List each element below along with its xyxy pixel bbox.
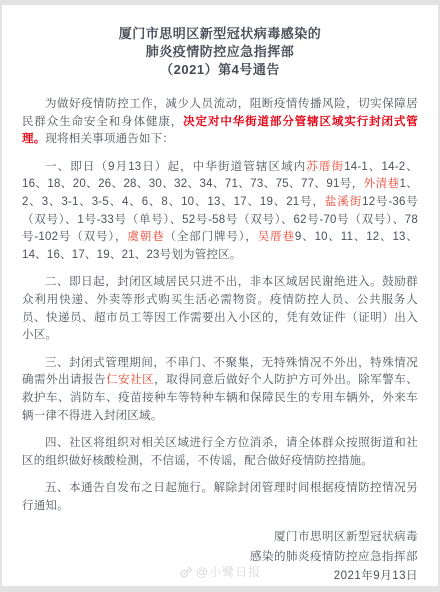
notice-paragraph: 为做好疫情防控工作，减少人员流动，阻断疫情传播风险，切实保障居民群众生命安全和身… bbox=[22, 96, 418, 149]
notice-document: 厦门市思明区新型冠状病毒感染的 肺炎疫情防控应急指挥部 （2021）第4号通告 … bbox=[2, 5, 438, 586]
paragraph-text: 一、即日（9月13日）起，中华街道管辖区域内 bbox=[45, 161, 306, 173]
weibo-icon bbox=[179, 565, 193, 579]
notice-paragraphs: 为做好疫情防控工作，减少人员流动，阻断疫情传播风险，切实保障居民群众生命安全和身… bbox=[22, 96, 418, 515]
notice-paragraph: 二、即日起，封闭区域居民只进不出，非本区域居民谢绝进入。鼓励群众利用快递、外卖等… bbox=[22, 274, 418, 344]
notice-paragraph: 四、社区将组织对相关区域进行全方位消杀，请全体群众按照街道和社区的组织做好核酸检… bbox=[22, 435, 418, 470]
highlight-street-name: 苏厝街 bbox=[306, 161, 344, 173]
watermark-text: @小鹭日报 bbox=[196, 565, 261, 579]
paragraph-text: 五、本通告自发布之日起施行。解除封闭管理时间根据疫情防控情况另行通知。 bbox=[22, 482, 418, 512]
highlight-street-name: 吴厝巷 bbox=[258, 231, 295, 243]
watermark: @小鹭日报 bbox=[2, 565, 438, 579]
notice-page: 厦门市思明区新型冠状病毒感染的 肺炎疫情防控应急指挥部 （2021）第4号通告 … bbox=[0, 0, 440, 592]
signature-line-1: 厦门市思明区新型冠状病毒 bbox=[22, 528, 418, 548]
doc-title-line-2: 肺炎疫情防控应急指挥部 bbox=[22, 43, 418, 61]
paragraph-text: 四、社区将组织对相关区域进行全方位消杀，请全体群众按照街道和社区的组织做好核酸检… bbox=[22, 437, 418, 467]
doc-title: 厦门市思明区新型冠状病毒感染的 肺炎疫情防控应急指挥部 （2021）第4号通告 bbox=[22, 25, 418, 79]
highlight-street-name: 虞朝巷 bbox=[127, 231, 164, 243]
paragraph-text: 二、即日起，封闭区域居民只进不出，非本区域居民谢绝进入。鼓励群众利用快递、外卖等… bbox=[22, 276, 418, 341]
doc-title-line-3: （2021）第4号通告 bbox=[22, 61, 418, 79]
highlight-street-name: 仁安社区 bbox=[106, 374, 154, 386]
highlight-street-name: 盐溪街 bbox=[325, 196, 362, 208]
paragraph-text: 现将相关事项通告如下： bbox=[45, 133, 174, 145]
notice-paragraph: 三、封闭式管理期间，不串门、不聚集，无特殊情况不外出，特殊情况确需外出请报告仁安… bbox=[22, 355, 418, 425]
notice-paragraph: 五、本通告自发布之日起施行。解除封闭管理时间根据疫情防控情况另行通知。 bbox=[22, 480, 418, 515]
paragraph-text: （全部门牌号）， bbox=[165, 231, 258, 243]
doc-title-line-1: 厦门市思明区新型冠状病毒感染的 bbox=[22, 25, 418, 43]
notice-paragraph: 一、即日（9月13日）起，中华街道管辖区域内苏厝街14-1、14-2、16、18… bbox=[22, 159, 418, 265]
highlight-street-name: 外清巷 bbox=[364, 178, 400, 190]
